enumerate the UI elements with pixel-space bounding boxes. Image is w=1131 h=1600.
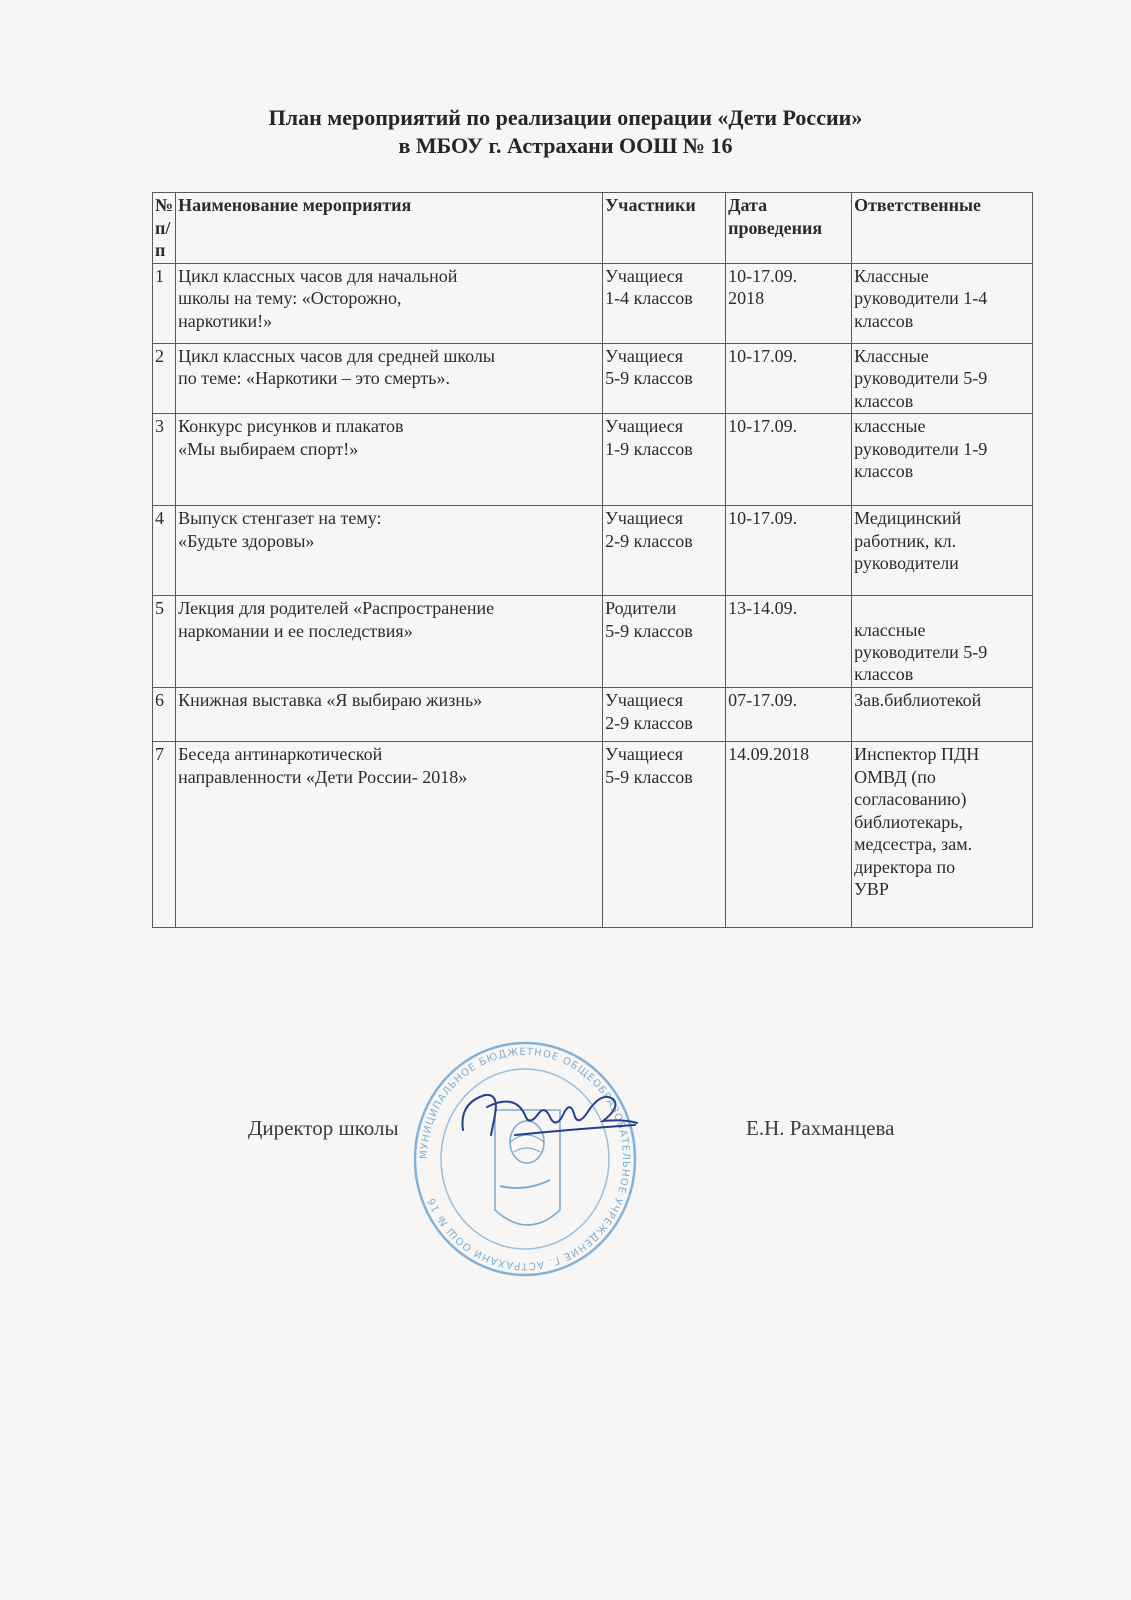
row-responsible: классные руководители 5-9 классов <box>852 596 1033 688</box>
row-event: Цикл классных часов для средней школы по… <box>176 343 603 414</box>
row-event: Лекция для родителей «Распространение на… <box>176 596 603 688</box>
row-participants: Учащиеся 1-4 классов <box>603 263 726 343</box>
row-participants: Учащиеся 1-9 классов <box>603 414 726 506</box>
row-responsible: Классные руководители 5-9 классов <box>852 343 1033 414</box>
row-event: Беседа антинаркотической направленности … <box>176 742 603 928</box>
row-date: 10-17.09. <box>726 414 852 506</box>
header-event: Наименование мероприятия <box>176 193 603 264</box>
signature-icon <box>455 1085 645 1155</box>
header-number: № п/п <box>153 193 176 264</box>
row-date: 10-17.09. <box>726 506 852 596</box>
table-row: 7 Беседа антинаркотической направленност… <box>153 742 1033 928</box>
row-date: 10-17.09. 2018 <box>726 263 852 343</box>
row-date: 13-14.09. <box>726 596 852 688</box>
row-event: Выпуск стенгазет на тему: «Будьте здоров… <box>176 506 603 596</box>
signer-position: Директор школы <box>248 1116 399 1141</box>
row-date: 07-17.09. <box>726 688 852 742</box>
row-participants: Учащиеся 5-9 классов <box>603 742 726 928</box>
table-row: 5 Лекция для родителей «Распространение … <box>153 596 1033 688</box>
table-row: 2 Цикл классных часов для средней школы … <box>153 343 1033 414</box>
row-number: 6 <box>153 688 176 742</box>
row-event: Книжная выставка «Я выбираю жизнь» <box>176 688 603 742</box>
row-number: 7 <box>153 742 176 928</box>
row-participants: Родители 5-9 классов <box>603 596 726 688</box>
table-row: 1 Цикл классных часов для начальной школ… <box>153 263 1033 343</box>
table-header-row: № п/п Наименование мероприятия Участники… <box>153 193 1033 264</box>
row-date: 10-17.09. <box>726 343 852 414</box>
svg-text:МУНИЦИПАЛЬНОЕ БЮДЖЕТНОЕ ОБЩЕОБ: МУНИЦИПАЛЬНОЕ БЮДЖЕТНОЕ ОБЩЕОБРАЗОВАТЕЛЬ… <box>419 1047 631 1271</box>
row-number: 4 <box>153 506 176 596</box>
row-number: 5 <box>153 596 176 688</box>
row-responsible: Медицинский работник, кл. руководители <box>852 506 1033 596</box>
events-table: № п/п Наименование мероприятия Участники… <box>152 192 1033 928</box>
table-row: 4 Выпуск стенгазет на тему: «Будьте здор… <box>153 506 1033 596</box>
row-event: Конкурс рисунков и плакатов «Мы выбираем… <box>176 414 603 506</box>
signer-name: Е.Н. Рахманцева <box>746 1116 894 1141</box>
row-number: 3 <box>153 414 176 506</box>
row-date: 14.09.2018 <box>726 742 852 928</box>
header-date: Дата проведения <box>726 193 852 264</box>
document-title: План мероприятий по реализации операции … <box>0 104 1131 160</box>
row-participants: Учащиеся 5-9 классов <box>603 343 726 414</box>
table-row: 3 Конкурс рисунков и плакатов «Мы выбира… <box>153 414 1033 506</box>
row-responsible: Зав.библиотекой <box>852 688 1033 742</box>
header-participants: Участники <box>603 193 726 264</box>
header-responsible: Ответственные <box>852 193 1033 264</box>
title-line-1: План мероприятий по реализации операции … <box>0 104 1131 132</box>
row-participants: Учащиеся 2-9 классов <box>603 506 726 596</box>
row-responsible: классные руководители 1-9 классов <box>852 414 1033 506</box>
table-row: 6 Книжная выставка «Я выбираю жизнь» Уча… <box>153 688 1033 742</box>
row-participants: Учащиеся 2-9 классов <box>603 688 726 742</box>
official-stamp-icon: МУНИЦИПАЛЬНОЕ БЮДЖЕТНОЕ ОБЩЕОБРАЗОВАТЕЛЬ… <box>410 1040 640 1278</box>
row-responsible: Инспектор ПДН ОМВД (по согласованию) биб… <box>852 742 1033 928</box>
row-event: Цикл классных часов для начальной школы … <box>176 263 603 343</box>
row-responsible: Классные руководители 1-4 классов <box>852 263 1033 343</box>
title-line-2: в МБОУ г. Астрахани ООШ № 16 <box>0 132 1131 160</box>
row-number: 1 <box>153 263 176 343</box>
row-number: 2 <box>153 343 176 414</box>
